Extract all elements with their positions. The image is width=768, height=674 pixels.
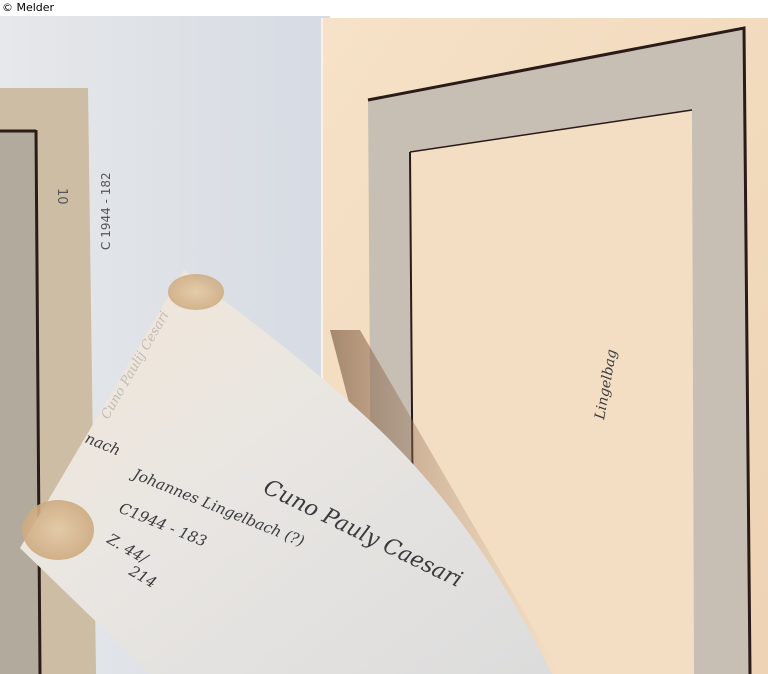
tape-stain-top: [168, 274, 224, 310]
left-mount-number: 10: [54, 188, 69, 205]
tape-stain-left: [22, 500, 94, 560]
credit-bar: © Melder: [0, 0, 768, 16]
left-margin-code: C 1944 - 182: [99, 172, 113, 250]
copyright-credit: © Melder: [2, 1, 54, 15]
photograph: 10 C 1944 - 182 Lingelbag Cuno Pauli: [0, 16, 768, 674]
